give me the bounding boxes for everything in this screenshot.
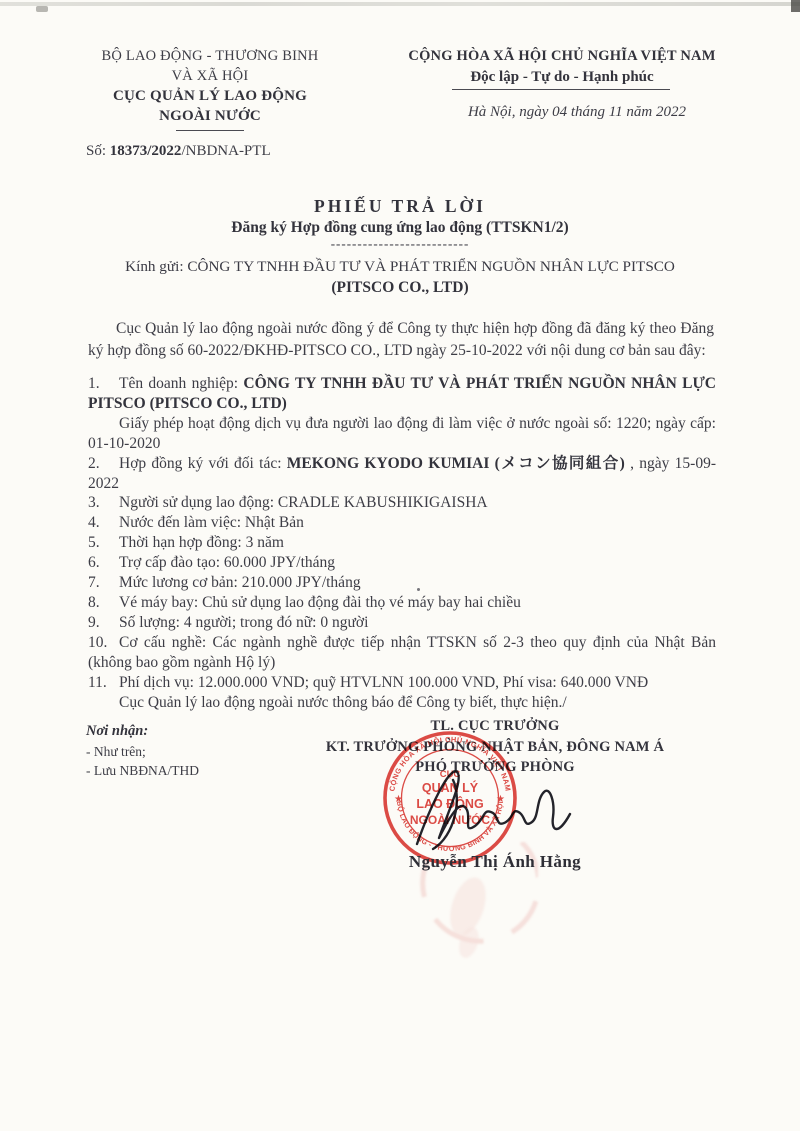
item-text: Hợp đồng ký với đối tác: — [119, 455, 287, 472]
list-item: 3.Người sử dụng lao động: CRADLE KABUSHI… — [88, 493, 716, 513]
item-number: 8. — [88, 593, 119, 613]
scan-artifact-dot — [417, 588, 420, 591]
recipients-footer-block: Nơi nhận: - Như trên; - Lưu NBĐNA/THD — [86, 722, 306, 781]
list-item: Giấy phép hoạt động dịch vụ đưa người la… — [88, 414, 716, 454]
item-text: Phí dịch vụ: 12.000.000 VND; quỹ HTVLNN … — [119, 674, 648, 691]
reference-number-bold: 18373/2022 — [110, 143, 182, 159]
national-header-block: CỘNG HÒA XÃ HỘI CHỦ NGHĨA VIỆT NAM Độc l… — [372, 46, 752, 88]
item-text: Nước đến làm việc: Nhật Bản — [119, 514, 304, 531]
item-number: 10. — [88, 633, 119, 653]
item-number: 3. — [88, 493, 119, 513]
item-text: Tên doanh nghiệp: — [119, 375, 243, 392]
department-name-line2: NGOÀI NƯỚC — [70, 106, 350, 126]
list-item: 1.Tên doanh nghiệp: CÔNG TY TNHH ĐẦU TƯ … — [88, 374, 716, 414]
item-number: 1. — [88, 374, 119, 394]
reference-suffix: /NBDNA-PTL — [181, 143, 270, 159]
list-item: 8.Vé máy bay: Chủ sử dụng lao động đài t… — [88, 593, 716, 613]
list-item: 10.Cơ cấu nghề: Các ngành nghề được tiếp… — [88, 633, 716, 673]
scan-artifact-speck-right — [791, 0, 800, 12]
department-name-line1: CỤC QUẢN LÝ LAO ĐỘNG — [70, 86, 350, 106]
item-text: Cơ cấu nghề: Các ngành nghề được tiếp nh… — [88, 634, 716, 671]
item-number: 11. — [88, 673, 119, 693]
item-text: Giấy phép hoạt động dịch vụ đưa người la… — [88, 415, 716, 452]
handwritten-signature — [403, 752, 588, 857]
reference-label: Số: — [86, 143, 110, 159]
item-number: 9. — [88, 613, 119, 633]
item-number: 6. — [88, 553, 119, 573]
list-item: 7.Mức lương cơ bản: 210.000 JPY/tháng — [88, 573, 716, 593]
list-item: 9.Số lượng: 4 người; trong đó nữ: 0 ngườ… — [88, 613, 716, 633]
item-text: Thời hạn hợp đồng: 3 năm — [119, 534, 284, 551]
list-item: 6.Trợ cấp đào tạo: 60.000 JPY/tháng — [88, 553, 716, 573]
closing-line: Cục Quản lý lao động ngoài nước thông bá… — [88, 693, 716, 713]
recipients-label: Nơi nhận: — [86, 722, 306, 742]
content-list: 1.Tên doanh nghiệp: CÔNG TY TNHH ĐẦU TƯ … — [88, 374, 716, 712]
item-text: Số lượng: 4 người; trong đó nữ: 0 người — [119, 614, 368, 631]
intro-paragraph: Cục Quản lý lao động ngoài nước đồng ý đ… — [88, 318, 714, 361]
national-title: CỘNG HÒA XÃ HỘI CHỦ NGHĨA VIỆT NAM — [372, 46, 752, 67]
list-item: 4.Nước đến làm việc: Nhật Bản — [88, 513, 716, 533]
ministry-name-line2: VÀ XÃ HỘI — [70, 66, 350, 86]
recipients-line2: - Lưu NBĐNA/THD — [86, 761, 306, 781]
recipient-company-short: (PITSCO CO., LTD) — [0, 279, 800, 297]
motto-underline — [452, 89, 670, 90]
item-number: 2. — [88, 454, 119, 474]
stamp-star-left: ★ — [394, 794, 403, 805]
list-item: 11.Phí dịch vụ: 12.000.000 VND; quỹ HTVL… — [88, 673, 716, 693]
dashed-separator: -------------------------- — [0, 236, 800, 252]
scanned-official-letter: BỘ LAO ĐỘNG - THƯƠNG BINH VÀ XÃ HỘI CỤC … — [0, 0, 800, 1131]
scan-artifact-speck-left — [36, 6, 48, 12]
item-number: 4. — [88, 513, 119, 533]
list-item: 2.Hợp đồng ký với đối tác: MEKONG KYODO … — [88, 454, 716, 494]
scan-artifact-top-line — [0, 2, 800, 6]
recipient-line: Kính gửi: CÔNG TY TNHH ĐẦU TƯ VÀ PHÁT TR… — [0, 258, 800, 276]
document-title: PHIẾU TRẢ LỜI — [0, 196, 800, 217]
list-item: 5.Thời hạn hợp đồng: 3 năm — [88, 533, 716, 553]
national-motto: Độc lập - Tự do - Hạnh phúc — [372, 67, 752, 88]
item-text: Trợ cấp đào tạo: 60.000 JPY/tháng — [119, 554, 335, 571]
recipients-line1: - Như trên; — [86, 742, 306, 762]
ministry-name-line1: BỘ LAO ĐỘNG - THƯƠNG BINH — [70, 46, 350, 66]
signer-name: Nguyễn Thị Ánh Hằng — [280, 852, 710, 872]
item-text: Người sử dụng lao động: CRADLE KABUSHIKI… — [119, 494, 488, 511]
item-text: Mức lương cơ bản: 210.000 JPY/tháng — [119, 574, 361, 591]
place-date-line: Hà Nội, ngày 04 tháng 11 năm 2022 — [372, 104, 752, 121]
item-text-bold: MEKONG KYODO KUMIAI (メコン協同組合) — [287, 455, 625, 472]
reference-number: Số: 18373/2022/NBDNA-PTL — [86, 143, 271, 160]
item-text: Vé máy bay: Chủ sử dụng lao động đài thọ… — [119, 594, 521, 611]
issuing-agency-block: BỘ LAO ĐỘNG - THƯƠNG BINH VÀ XÃ HỘI CỤC … — [70, 46, 350, 126]
item-number: 5. — [88, 533, 119, 553]
document-subtitle: Đăng ký Hợp đồng cung ứng lao động (TTSK… — [0, 219, 800, 237]
item-number: 7. — [88, 573, 119, 593]
department-underline — [176, 130, 244, 131]
